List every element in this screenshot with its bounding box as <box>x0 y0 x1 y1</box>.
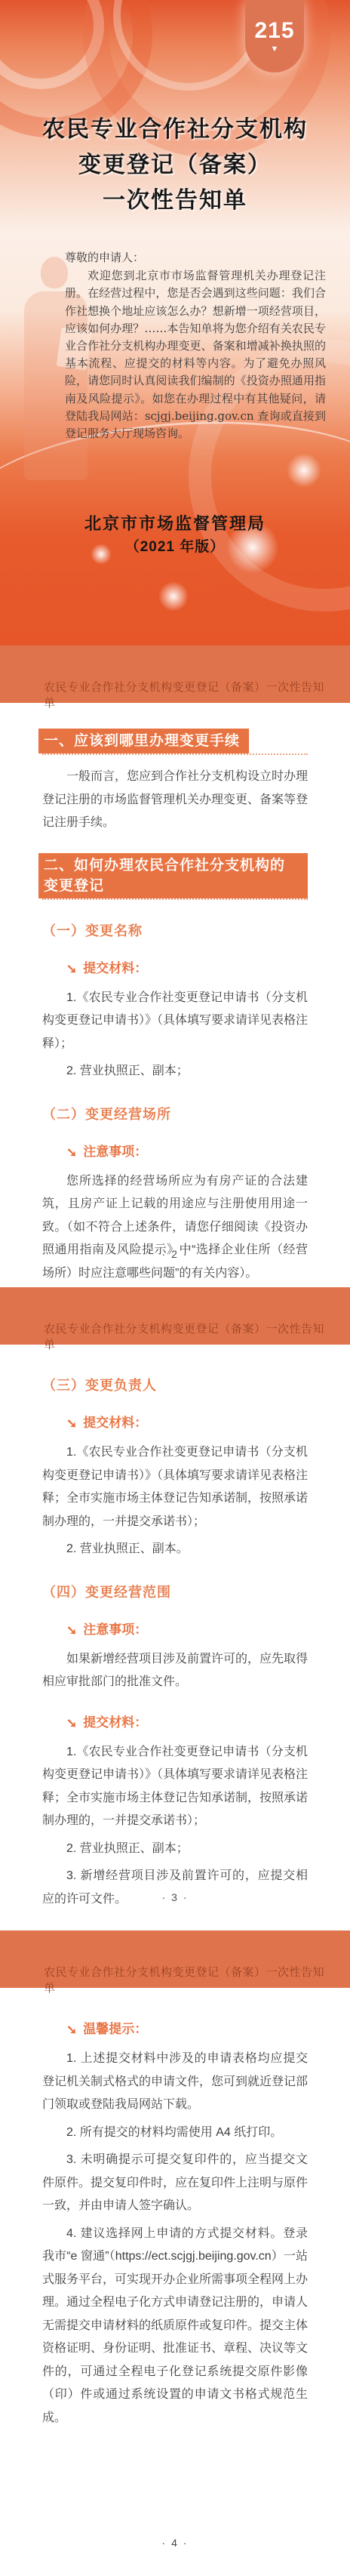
running-header: 农民专业合作社分支机构变更登记（备案）一次性告知单 <box>0 646 350 710</box>
tip-item: 2. 所有提交的材料均需使用 A4 纸打印。 <box>42 2122 308 2145</box>
subsection-2-heading: （二）变更经营场所 <box>42 1104 308 1123</box>
arrow-se-icon: ➘ <box>66 1145 77 1160</box>
submit-materials-label: ➘提交材料： <box>66 1712 308 1730</box>
arrow-se-icon: ➘ <box>66 2023 77 2038</box>
section-1-heading: 一、应该到哪里办理变更手续 <box>42 729 308 755</box>
material-item: 1.《农民专业合作社变更登记申请书（分支机构变更登记申请书）》（具体填写要求请详… <box>42 1741 308 1833</box>
cover-title-line3: 一次性告知单 <box>0 183 350 218</box>
material-item: 3. 新增经营项目涉及前置许可的，应提交相应的许可文件。 <box>42 1865 308 1911</box>
material-item: 1.《农民专业合作社变更登记申请书（分支机构变更登记申请书）》（具体填写要求请详… <box>42 987 308 1056</box>
letter-salutation: 尊敬的申请人： <box>65 249 326 267</box>
page-3-content: （三）变更负责人 ➘提交材料： 1.《农民专业合作社变更登记申请书（分支机构变更… <box>0 1375 350 1930</box>
notice-label: ➘注意事项： <box>66 1141 308 1160</box>
notice-paragraph: 您所选择的经营场所应为有房产证的合法建筑，且房产证上记载的用途应与注册使用用途一… <box>42 1170 308 1286</box>
material-item: 2. 营业执照正、副本； <box>42 1838 308 1861</box>
page-number: · 2 · <box>0 1248 350 1260</box>
running-header: 农民专业合作社分支机构变更登记（备案）一次性告知单 <box>0 1930 350 1995</box>
page-2-content: 一、应该到哪里办理变更手续 一般而言，您应到合作社分支机构设立时办理登记注册的市… <box>0 729 350 1287</box>
page-2: 农民专业合作社分支机构变更登记（备案）一次性告知单 一、应该到哪里办理变更手续 … <box>0 646 350 1287</box>
ring-decoration <box>0 0 104 89</box>
subsection-1-heading: （一）变更名称 <box>42 920 308 940</box>
page-3: 农民专业合作社分支机构变更登记（备案）一次性告知单 （三）变更负责人 ➘提交材料… <box>0 1287 350 1930</box>
letter-body: 欢迎您到北京市市场监督管理机关办理登记注册。在经营过程中，您是否会遇到这些问题：… <box>65 267 326 442</box>
welcome-letter: 尊敬的申请人： 欢迎您到北京市市场监督管理机关办理登记注册。在经营过程中，您是否… <box>65 249 326 442</box>
tip-item: 4. 建议选择网上申请的方式提交材料。登录我市“e 窗通”（https://ec… <box>42 2223 308 2430</box>
cover-title-line2: 变更登记（备案） <box>0 147 350 183</box>
notice-paragraph: 如果新增经营项目涉及前置许可的，应先取得相应审批部门的批准文件。 <box>42 1648 308 1694</box>
page-4: 农民专业合作社分支机构变更登记（备案）一次性告知单 ➘温馨提示： 1. 上述提交… <box>0 1930 350 2576</box>
submit-materials-label: ➘提交材料： <box>66 957 308 976</box>
arrow-se-icon: ➘ <box>66 1716 77 1731</box>
notification-document: 215 ▼ 农民专业合作社分支机构 变更登记（备案） 一次性告知单 尊敬的申请人… <box>0 0 350 2576</box>
material-item: 2. 营业执照正、副本。 <box>42 1538 308 1561</box>
running-header-bar: 农民专业合作社分支机构变更登记（备案）一次性告知单 <box>0 1287 350 1345</box>
ring-decoration <box>113 0 264 91</box>
page-number: · 4 · <box>0 2537 350 2549</box>
arrow-se-icon: ➘ <box>66 1416 77 1431</box>
material-item: 2. 营业执照正、副本； <box>42 1060 308 1083</box>
document-number: 215 <box>245 18 304 44</box>
submit-materials-label: ➘提交材料： <box>66 1412 308 1431</box>
arrow-se-icon: ➘ <box>66 1623 77 1638</box>
cover-title: 农民专业合作社分支机构 变更登记（备案） 一次性告知单 <box>0 112 350 218</box>
tips-label: ➘温馨提示： <box>66 2018 308 2037</box>
subsection-4-heading: （四）变更经营范围 <box>42 1582 308 1601</box>
triangle-down-icon: ▼ <box>245 45 304 54</box>
running-header: 农民专业合作社分支机构变更登记（备案）一次性告知单 <box>0 1287 350 1352</box>
tip-item: 3. 未明确提示可提交复印件的，应当提交文件原件。提交复印件时，应在复印件上注明… <box>42 2149 308 2218</box>
document-number-badge: 215 ▼ <box>245 0 304 72</box>
arrow-se-icon: ➘ <box>66 962 77 977</box>
notice-label: ➘注意事项： <box>66 1619 308 1638</box>
issuer-block: 北京市市场监督管理局 （2021 年版） <box>0 512 350 559</box>
sparkle-decoration <box>158 581 189 612</box>
edition-label: （2021 年版） <box>0 536 350 559</box>
tip-item: 1. 上述提交材料中涉及的申请表格均应提交登记机关制式格式的申请文件，您可到就近… <box>42 2048 308 2117</box>
page-number: · 3 · <box>0 1891 350 1903</box>
running-header-bar: 农民专业合作社分支机构变更登记（备案）一次性告知单 <box>0 1930 350 1988</box>
cover-page: 215 ▼ 农民专业合作社分支机构 变更登记（备案） 一次性告知单 尊敬的申请人… <box>0 0 350 646</box>
sparkle-decoration <box>287 453 321 488</box>
section-2-heading: 二、如何办理农民合作社分支机构的变更登记 <box>42 853 308 900</box>
cover-title-line1: 农民专业合作社分支机构 <box>0 112 350 147</box>
page-4-content: ➘温馨提示： 1. 上述提交材料中涉及的申请表格均应提交登记机关制式格式的申请文… <box>0 2018 350 2430</box>
material-item: 1.《农民专业合作社变更登记申请书（分支机构变更登记申请书）》（具体填写要求请详… <box>42 1441 308 1533</box>
section-1-paragraph: 一般而言，您应到合作社分支机构设立时办理登记注册的市场监督管理机关办理变更、备案… <box>42 766 308 835</box>
subsection-3-heading: （三）变更负责人 <box>42 1375 308 1394</box>
issuer-name: 北京市市场监督管理局 <box>0 512 350 536</box>
running-header-bar: 农民专业合作社分支机构变更登记（备案）一次性告知单 <box>0 646 350 703</box>
